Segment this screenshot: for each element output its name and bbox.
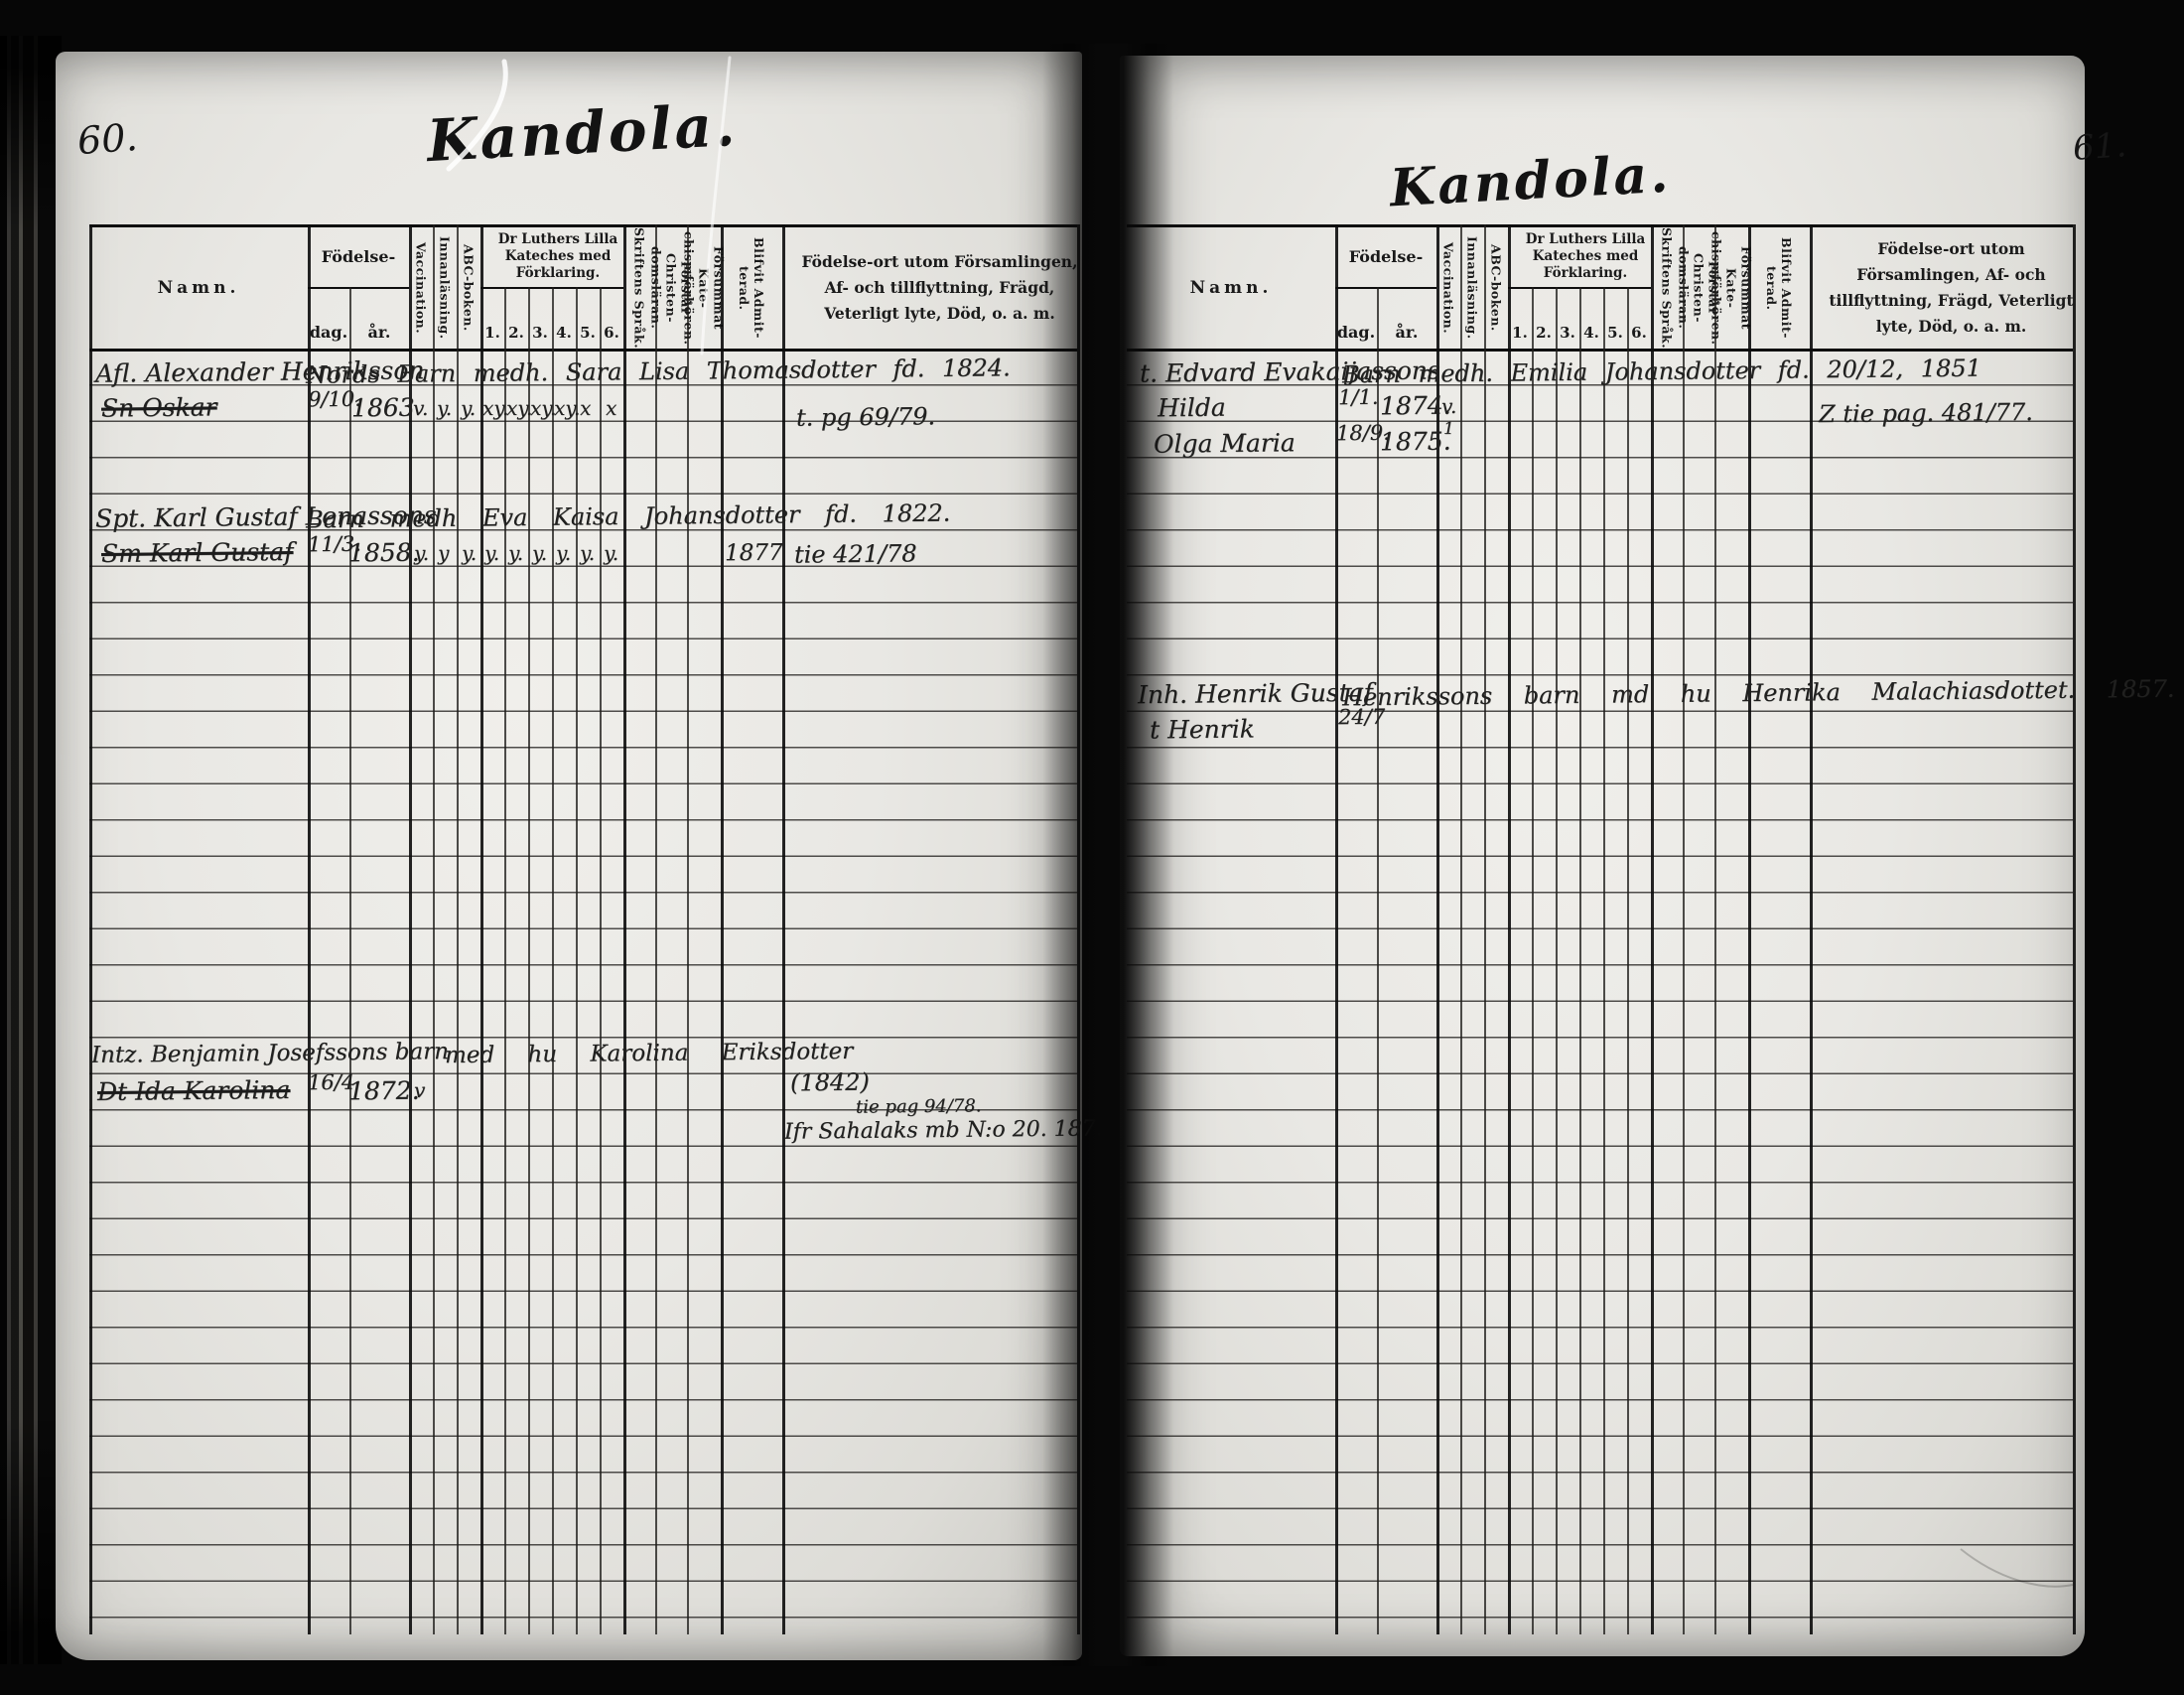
column-divider [1460,224,1462,1634]
col-header-abc-book: ABC-boken. [1484,226,1508,350]
mark-catechism-6: y. [604,541,618,565]
column-divider [1579,287,1581,1634]
entry-admitted-year: 1877 [725,540,783,567]
entry-birth-year: 1863 [351,393,415,423]
column-divider [480,224,483,1634]
mark-vaccination: v [414,1078,426,1102]
entry-birth-day: 24/7 [1338,705,1385,729]
col-header-birth-year: år. [349,289,409,350]
entry-note: t. pg 69/79. [796,402,935,431]
column-divider [1484,224,1486,1634]
mark-abc-book: y. [461,396,476,420]
entry-birth-year: 1875. [1380,427,1451,457]
col-header-admitted: Blifvit Admit- terad. [721,226,782,350]
column-divider [600,287,602,1634]
column-divider [1714,224,1716,1634]
entry-birth-year: 1872. [348,1076,420,1106]
column-divider [409,224,412,1634]
entry-child-name: Olga Maria [1154,428,1296,458]
col-header-catechism: Dr Luthers Lilla Kateches med Förklaring… [1508,226,1663,287]
col-header-admitted: Blifvit Admit- terad. [1748,226,1810,350]
column-divider [1532,287,1534,1634]
entry-note: Z tie pag. 481/77. [1819,398,2033,428]
col-header-reading: Innanläsning. [1460,226,1484,350]
entry-child-name: Sn Oskar [101,392,217,422]
entry-note: (1842) [790,1068,870,1097]
column-divider [504,287,506,1634]
column-divider [1377,287,1379,1634]
mark-catechism-3: y. [532,541,547,565]
col-header-catechism-1: 1. [1508,289,1532,350]
col-header-catechism-3: 3. [1556,289,1579,350]
column-divider [623,224,626,1634]
mark-catechism-4: y. [556,541,571,565]
mark-reading: y [438,541,450,565]
column-divider [308,224,311,1634]
column-divider [1810,224,1813,1634]
col-header-reading: Innanläsning. [433,226,457,350]
col-header-birth: Födelse- [1335,226,1436,287]
mark-catechism-1: xy. [482,396,509,420]
col-header-catechism-6: 6. [1627,289,1651,350]
column-divider [349,287,351,1634]
col-header-birth-day: dag. [1335,289,1377,350]
book-gutter-shadow [1042,44,1173,1666]
col-header-catechism-1: 1. [480,289,504,350]
col-header-catechism-2: 2. [1532,289,1556,350]
column-divider [782,224,785,1634]
mark-catechism-4: xy. [554,396,581,420]
entry-child-name: Dt Ida Karolina [97,1075,291,1106]
column-divider [1651,224,1654,1634]
column-divider [576,287,578,1634]
mark-catechism-6: x [606,396,617,420]
mark-vaccination: y. [414,541,429,565]
mark-catechism-3: xy. [530,396,557,420]
column-divider [721,224,724,1634]
col-header-missed-exams: Försummat Kate- chismförhören. [687,226,721,350]
mark-catechism-5: y. [580,541,595,565]
column-divider [1508,224,1511,1634]
col-header-catechism-4: 4. [552,289,576,350]
column-divider [655,224,657,1634]
entry-birth-year: 1858. [348,538,420,568]
mark-catechism-5: x [580,396,592,420]
page-number-left: 60. [76,115,139,163]
column-divider [1603,287,1605,1634]
mark-abc-book: y. [462,541,477,565]
entry-child-name: Sm Karl Gustaf [101,537,294,568]
col-header-vaccination: Vaccination. [409,226,433,350]
col-header-catechism-3: 3. [528,289,552,350]
col-header-birth-day: dag. [308,289,349,350]
column-divider [552,287,554,1634]
col-header-missed-exams: Försummat Kate- chismförhören. [1714,226,1748,350]
entry-note: tie pag 94/78. [856,1095,982,1117]
column-divider [89,224,92,1634]
col-header-catechism: Dr Luthers Lilla Kateches med Förklaring… [480,226,635,287]
column-divider [1748,224,1751,1634]
col-header-catechism-5: 5. [576,289,600,350]
col-header-catechism-6: 6. [600,289,623,350]
column-divider [2073,224,2076,1634]
column-divider [1627,287,1629,1634]
col-header-catechism-4: 4. [1579,289,1603,350]
col-header-catechism-5: 5. [1603,289,1627,350]
col-header-abc-book: ABC-boken. [457,226,480,350]
column-divider [457,224,459,1634]
col-header-notes: Födelse-ort utom Församlingen, Af- och t… [1810,226,2093,350]
page-number-right: 61. [2072,125,2128,169]
mark-catechism-2: xy. [506,396,533,420]
col-header-birth-year: år. [1377,289,1436,350]
mark-vaccination: v. [1441,394,1457,418]
col-header-birth: Födelse- [308,226,409,287]
mark-catechism-1: y. [484,541,499,565]
entry-household-head: Intz. Benjamin Josefssons barn [91,1039,449,1068]
mark-vaccination: 1 [1443,419,1454,439]
register-book-scan: 60. 61. Kandola. Kandola. Namn. Födelse-… [0,0,2184,1695]
column-divider [528,287,530,1634]
entry-birth-day: 1/1. [1338,385,1379,409]
col-header-name: Namn. [89,226,308,350]
entry-parents: med hu Karolina Eriksdotter [445,1039,853,1068]
book-fore-edge [0,36,62,1664]
col-header-catechism-2: 2. [504,289,528,350]
column-divider [1556,287,1558,1634]
column-divider [687,224,689,1634]
entry-note: tie 421/78 [794,539,917,568]
ruled-lines-right [1127,350,2073,1619]
col-header-vaccination: Vaccination. [1436,226,1460,350]
mark-vaccination: v. [413,396,429,420]
column-divider [433,224,435,1634]
mark-reading: y. [437,396,452,420]
column-divider [1683,224,1685,1634]
mark-catechism-2: y. [508,541,523,565]
